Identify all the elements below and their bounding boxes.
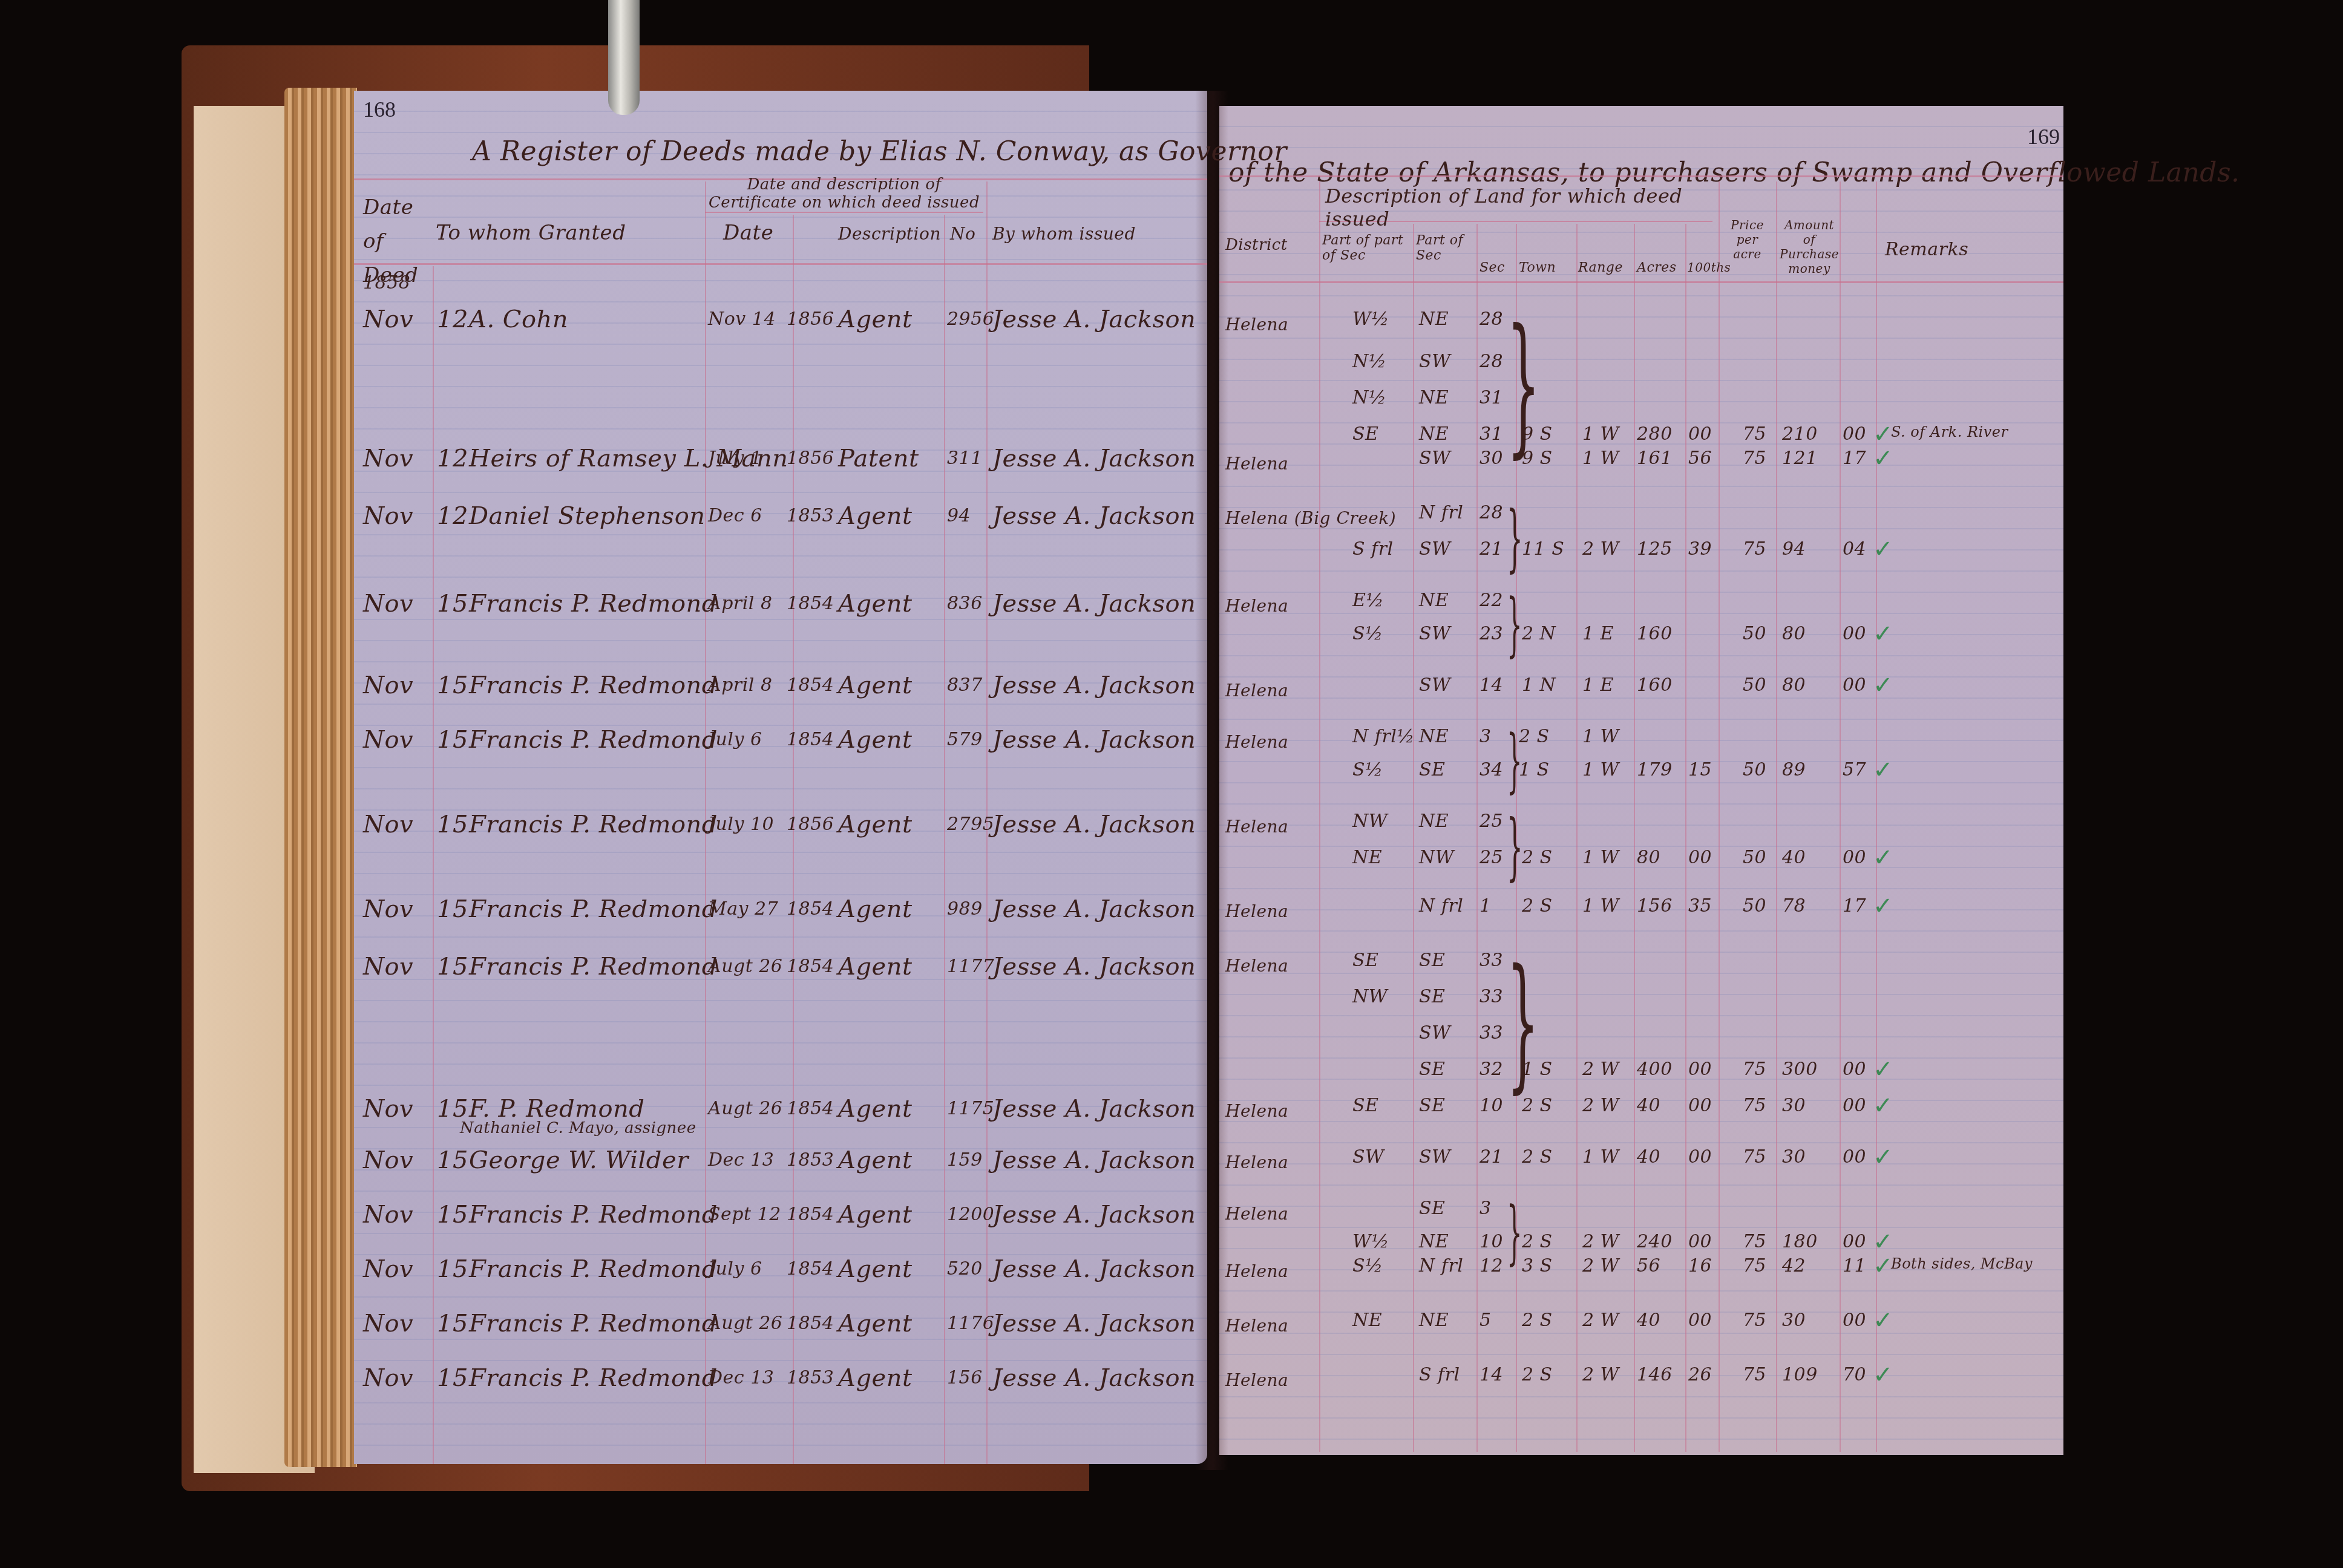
header-certificate-group: Date and description of Certificate on w… (708, 175, 980, 212)
section: 30 (1480, 448, 1503, 469)
cert-date: Sept 12 (708, 1204, 781, 1225)
part-of-part: SE (1352, 423, 1378, 445)
amount-cents: 17 (1843, 895, 1866, 916)
part-of-sec: NE (1419, 726, 1449, 747)
acres-hundredths: 00 (1688, 1095, 1712, 1116)
part-of-sec: NE (1419, 811, 1449, 832)
cert-date: Dec 13 (708, 1149, 774, 1171)
page-edges (284, 88, 357, 1467)
header-district: District (1225, 236, 1288, 254)
acres-hundredths: 00 (1688, 1146, 1712, 1168)
acres: 40 (1637, 1310, 1660, 1331)
cert-date: Augt 26 (708, 956, 782, 977)
col-rule (1413, 224, 1414, 1452)
cert-date: Augt 26 (708, 1098, 782, 1119)
cert-number: 579 (947, 729, 983, 750)
cert-description: Patent (838, 445, 919, 472)
cert-number: 836 (947, 593, 983, 614)
year-marker: 1858 (363, 272, 410, 293)
part-of-sec: SE (1419, 759, 1445, 780)
price-per-acre: 75 (1743, 1310, 1766, 1331)
district: Helena (1225, 1370, 1288, 1390)
part-of-sec: NE (1419, 1231, 1449, 1252)
col-rule (1719, 181, 1720, 1452)
header-date: Date (723, 221, 773, 245)
part-of-sec: N frl (1419, 895, 1463, 916)
price-per-acre: 75 (1743, 423, 1766, 445)
acres: 160 (1637, 623, 1673, 644)
cert-description: Agent (838, 1255, 913, 1283)
section: 33 (1480, 950, 1503, 971)
header-land-group: Description of Land for which deed issue… (1325, 185, 1712, 230)
section: 25 (1480, 811, 1503, 832)
check-icon: ✓ (1873, 1056, 1893, 1083)
cert-description: Agent (838, 502, 913, 530)
issued-by: Jesse A. Jackson (992, 1310, 1196, 1338)
price-per-acre: 75 (1743, 538, 1766, 560)
acres-hundredths: 00 (1688, 1310, 1712, 1331)
price-per-acre: 50 (1743, 623, 1766, 644)
cert-number: 1176 (947, 1313, 994, 1334)
part-of-sec: SW (1419, 623, 1450, 644)
header-remarks: Remarks (1885, 239, 1968, 260)
acres: 400 (1637, 1059, 1673, 1080)
price-per-acre: 75 (1743, 1231, 1766, 1252)
deed-day: 15 (437, 811, 468, 838)
cert-description: Agent (838, 1095, 913, 1123)
deed-day: 15 (437, 895, 468, 923)
acres-hundredths: 39 (1688, 538, 1712, 560)
deed-month: Nov (363, 1201, 413, 1229)
brace-icon: } (1507, 590, 1522, 659)
part-of-sec: SE (1419, 1198, 1445, 1219)
section: 10 (1480, 1095, 1503, 1116)
issued-by: Jesse A. Jackson (992, 1201, 1196, 1229)
amount-dollars: 30 (1782, 1095, 1806, 1116)
deed-month: Nov (363, 811, 413, 838)
cert-date: April 8 (708, 675, 773, 696)
part-of-sec: SW (1419, 1146, 1450, 1168)
header-part-of-part: Part of part of Sec (1322, 233, 1410, 263)
header-acres: Acres (1637, 260, 1677, 275)
deed-day: 12 (437, 305, 468, 333)
grantee-name: Francis P. Redmond (469, 1364, 718, 1392)
range: 2 W (1582, 1095, 1619, 1116)
issued-by: Jesse A. Jackson (992, 305, 1196, 333)
district: Helena (1225, 1261, 1288, 1281)
amount-dollars: 78 (1782, 895, 1806, 916)
header-price-per-acre: Price per acre (1722, 218, 1773, 261)
cert-description: Agent (838, 1201, 913, 1229)
acres-hundredths: 26 (1688, 1364, 1712, 1385)
header-hundredths: 100ths (1687, 260, 1731, 275)
acres-hundredths: 00 (1688, 1231, 1712, 1252)
range: 1 W (1582, 423, 1619, 445)
deed-month: Nov (363, 1255, 413, 1283)
cert-year: 1854 (787, 1313, 834, 1334)
township: 9 S (1522, 448, 1553, 469)
amount-dollars: 80 (1782, 675, 1806, 696)
issued-by: Jesse A. Jackson (992, 953, 1196, 981)
right-page-number: 169 (2027, 124, 2060, 149)
col-rule (1634, 224, 1635, 1452)
acres: 240 (1637, 1231, 1673, 1252)
check-icon: ✓ (1873, 671, 1893, 699)
part-of-sec: SE (1419, 950, 1445, 971)
cert-description: Agent (838, 1310, 913, 1338)
amount-dollars: 180 (1782, 1231, 1818, 1252)
part-of-part: N½ (1352, 351, 1386, 372)
cert-date: Dec 13 (708, 1367, 774, 1388)
price-per-acre: 75 (1743, 1059, 1766, 1080)
part-of-part: N frl½ (1352, 726, 1415, 747)
brace-icon: } (1507, 726, 1522, 795)
amount-dollars: 89 (1782, 759, 1806, 780)
deed-month: Nov (363, 1310, 413, 1338)
township: 9 S (1522, 423, 1553, 445)
cert-year: 1853 (787, 1149, 834, 1171)
acres: 40 (1637, 1146, 1660, 1168)
cert-number: 1175 (947, 1098, 994, 1119)
section: 22 (1480, 590, 1503, 611)
amount-dollars: 210 (1782, 423, 1818, 445)
grantee-name: Francis P. Redmond (469, 895, 718, 923)
range: 1 W (1582, 726, 1619, 747)
deed-month: Nov (363, 502, 413, 530)
header-part-of-sec: Part of Sec (1416, 233, 1473, 263)
township: 2 S (1522, 1146, 1553, 1168)
price-per-acre: 50 (1743, 675, 1766, 696)
acres-hundredths: 00 (1688, 1059, 1712, 1080)
cert-year: 1854 (787, 729, 834, 750)
cert-description: Agent (838, 811, 913, 838)
grantee-name: Daniel Stephenson (469, 502, 705, 530)
col-rule (1776, 181, 1777, 1452)
district: Helena (1225, 1204, 1288, 1224)
township: 2 S (1522, 847, 1553, 868)
metal-clip (608, 0, 640, 115)
deed-day: 15 (437, 1201, 468, 1229)
check-icon: ✓ (1873, 892, 1893, 920)
check-icon: ✓ (1873, 1307, 1893, 1334)
brace-icon: } (1507, 811, 1523, 883)
acres-hundredths: 16 (1688, 1255, 1712, 1276)
part-of-sec: NE (1419, 590, 1449, 611)
deed-month: Nov (363, 305, 413, 333)
acres: 156 (1637, 895, 1673, 916)
cert-year: 1853 (787, 505, 834, 526)
cert-year: 1854 (787, 675, 834, 696)
part-of-sec: NW (1419, 847, 1454, 868)
check-icon: ✓ (1873, 535, 1893, 563)
header-by-whom-issued: By whom issued (992, 224, 1136, 244)
amount-cents: 00 (1843, 1095, 1866, 1116)
header-to-whom-granted: To whom Granted (436, 221, 626, 245)
check-icon: ✓ (1873, 620, 1893, 648)
remarks: S. of Ark. River (1891, 423, 2008, 440)
section: 1 (1480, 895, 1492, 916)
part-of-part: NW (1352, 986, 1388, 1007)
cert-year: 1856 (787, 814, 834, 835)
ledger-title-left: A Register of Deeds made by Elias N. Con… (472, 136, 1287, 167)
cert-date: Nov 14 (708, 309, 776, 330)
amount-dollars: 94 (1782, 538, 1806, 560)
part-of-part: E½ (1352, 590, 1384, 611)
grantee-name: Francis P. Redmond (469, 590, 718, 618)
deed-day: 15 (437, 1310, 468, 1338)
amount-cents: 00 (1843, 1310, 1866, 1331)
header-number: No (950, 224, 975, 244)
deed-day: 15 (437, 1364, 468, 1392)
section: 3 (1480, 726, 1492, 747)
header-sec: Sec (1480, 260, 1505, 275)
part-of-sec: N frl (1419, 1255, 1463, 1276)
section: 14 (1480, 675, 1503, 696)
ledger-title-right: of the State of Arkansas, to purchasers … (1228, 157, 2240, 188)
section: 28 (1480, 309, 1503, 330)
check-icon: ✓ (1873, 445, 1893, 472)
check-icon: ✓ (1873, 844, 1893, 872)
part-of-sec: NE (1419, 1310, 1449, 1331)
district: Helena (Big Creek) (1225, 508, 1396, 528)
amount-dollars: 109 (1782, 1364, 1818, 1385)
cert-description: Agent (838, 671, 913, 699)
part-of-part: NE (1352, 847, 1382, 868)
amount-dollars: 30 (1782, 1310, 1806, 1331)
part-of-sec: SW (1419, 1022, 1450, 1044)
section: 33 (1480, 986, 1503, 1007)
cert-year: 1854 (787, 593, 834, 614)
part-of-part: W½ (1352, 1231, 1389, 1252)
deed-day: 15 (437, 726, 468, 754)
part-of-part: NW (1352, 811, 1388, 832)
brace-icon: } (1507, 502, 1523, 575)
issued-by: Jesse A. Jackson (992, 590, 1196, 618)
district: Helena (1225, 1152, 1288, 1172)
range: 1 W (1582, 759, 1619, 780)
cert-number: 2956 (947, 309, 994, 330)
section: 25 (1480, 847, 1503, 868)
left-page-number: 168 (363, 97, 396, 122)
deed-day: 15 (437, 671, 468, 699)
issued-by: Jesse A. Jackson (992, 1255, 1196, 1283)
section: 28 (1480, 502, 1503, 523)
part-of-part: SE (1352, 950, 1378, 971)
part-of-sec: SW (1419, 448, 1450, 469)
acres: 280 (1637, 423, 1673, 445)
part-of-part: SE (1352, 1095, 1378, 1116)
part-of-sec: S frl (1419, 1364, 1460, 1385)
township: 2 S (1522, 1095, 1553, 1116)
amount-cents: 00 (1843, 1146, 1866, 1168)
acres: 179 (1637, 759, 1673, 780)
deed-month: Nov (363, 726, 413, 754)
acres: 161 (1637, 448, 1673, 469)
grantee-name: Francis P. Redmond (469, 726, 718, 754)
cert-number: 311 (947, 448, 983, 469)
cert-year: 1853 (787, 1367, 834, 1388)
cert-date: July 6 (708, 1258, 762, 1279)
issued-by: Jesse A. Jackson (992, 502, 1196, 530)
grantee-name: Francis P. Redmond (469, 1255, 718, 1283)
acres-hundredths: 00 (1688, 847, 1712, 868)
cert-number: 159 (947, 1149, 983, 1171)
section: 12 (1480, 1255, 1503, 1276)
district: Helena (1225, 315, 1288, 335)
section: 3 (1480, 1198, 1492, 1219)
grantee-name: George W. Wilder (469, 1146, 689, 1174)
header-amount: Amount of Purchase money (1779, 218, 1840, 276)
township: 2 S (1522, 1231, 1553, 1252)
price-per-acre: 75 (1743, 448, 1766, 469)
township: 11 S (1522, 538, 1564, 560)
cert-description: Agent (838, 590, 913, 618)
amount-cents: 17 (1843, 448, 1866, 469)
part-of-part: S½ (1352, 759, 1383, 780)
section: 32 (1480, 1059, 1503, 1080)
cert-date: Dec 6 (708, 505, 762, 526)
cert-number: 94 (947, 505, 971, 526)
price-per-acre: 50 (1743, 759, 1766, 780)
col-rule (944, 215, 945, 1464)
acres-hundredths: 56 (1688, 448, 1712, 469)
part-of-part: NE (1352, 1310, 1382, 1331)
cert-date: May 27 (708, 898, 778, 920)
deed-day: 15 (437, 953, 468, 981)
amount-cents: 70 (1843, 1364, 1866, 1385)
header-rule-top-right (1219, 175, 2063, 177)
part-of-sec: SW (1419, 538, 1450, 560)
part-of-sec: N frl (1419, 502, 1463, 523)
col-rule (1576, 224, 1578, 1452)
part-of-part: S½ (1352, 623, 1383, 644)
cert-date: Augt 26 (708, 1313, 782, 1334)
district: Helena (1225, 596, 1288, 616)
township: 2 S (1522, 1310, 1553, 1331)
cert-description: Agent (838, 1146, 913, 1174)
col-rule (1319, 181, 1320, 1452)
part-of-sec: SW (1419, 351, 1450, 372)
cert-year: 1854 (787, 1204, 834, 1225)
cert-description: Agent (838, 953, 913, 981)
cert-year: 1854 (787, 956, 834, 977)
part-of-sec: SW (1419, 675, 1450, 696)
grantee-name: Francis P. Redmond (469, 811, 718, 838)
cert-description: Agent (838, 895, 913, 923)
check-icon: ✓ (1873, 1252, 1893, 1280)
section: 23 (1480, 623, 1503, 644)
check-icon: ✓ (1873, 1092, 1893, 1120)
brace-icon: } (1507, 1198, 1522, 1267)
header-town: Town (1519, 260, 1556, 275)
cert-description: Agent (838, 305, 913, 333)
book-gutter (1195, 91, 1228, 1470)
price-per-acre: 75 (1743, 1255, 1766, 1276)
col-rule (1476, 224, 1478, 1452)
district: Helena (1225, 681, 1288, 701)
township: 2 N (1522, 623, 1556, 644)
deed-month: Nov (363, 445, 413, 472)
part-of-sec: SE (1419, 986, 1445, 1007)
range: 1 E (1582, 623, 1614, 644)
col-rule (1840, 181, 1841, 1452)
cert-description: Agent (838, 1364, 913, 1392)
cert-year: 1856 (787, 309, 834, 330)
cert-date: July 10 (708, 814, 774, 835)
grantee-name: A. Cohn (469, 305, 568, 333)
cert-year: 1856 (787, 448, 834, 469)
amount-cents: 00 (1843, 1059, 1866, 1080)
part-of-part: SW (1352, 1146, 1384, 1168)
price-per-acre: 50 (1743, 895, 1766, 916)
district: Helena (1225, 956, 1288, 976)
amount-cents: 57 (1843, 759, 1866, 780)
amount-cents: 00 (1843, 423, 1866, 445)
col-rule (1685, 224, 1686, 1452)
section: 31 (1480, 387, 1503, 408)
issued-by: Jesse A. Jackson (992, 445, 1196, 472)
township: 1 S (1519, 759, 1550, 780)
deed-month: Nov (363, 895, 413, 923)
amount-cents: 00 (1843, 623, 1866, 644)
amount-dollars: 80 (1782, 623, 1806, 644)
amount-cents: 04 (1843, 538, 1866, 560)
part-of-part: S frl (1352, 538, 1394, 560)
district: Helena (1225, 1101, 1288, 1121)
cert-year: 1854 (787, 898, 834, 920)
issued-by: Jesse A. Jackson (992, 1364, 1196, 1392)
issued-by: Jesse A. Jackson (992, 671, 1196, 699)
cert-number: 2795 (947, 814, 994, 835)
deed-day: 15 (437, 1255, 468, 1283)
range: 1 E (1582, 675, 1614, 696)
section: 33 (1480, 1022, 1503, 1044)
remarks: Both sides, McBay (1891, 1255, 2033, 1272)
issued-by: Jesse A. Jackson (992, 726, 1196, 754)
district: Helena (1225, 732, 1288, 752)
acres: 80 (1637, 847, 1660, 868)
acres: 160 (1637, 675, 1673, 696)
range: 2 W (1582, 1059, 1619, 1080)
deed-day: 15 (437, 1146, 468, 1174)
deed-day: 12 (437, 502, 468, 530)
issued-by: Jesse A. Jackson (992, 1146, 1196, 1174)
cert-date: July 1 (708, 448, 762, 469)
cert-date: July 6 (708, 729, 762, 750)
part-of-part: W½ (1352, 309, 1389, 330)
grantee-note: Nathaniel C. Mayo, assignee (460, 1119, 696, 1137)
range: 2 W (1582, 1310, 1619, 1331)
section: 28 (1480, 351, 1503, 372)
cert-group-rule (705, 212, 983, 213)
township: 2 S (1522, 895, 1553, 916)
district: Helena (1225, 901, 1288, 921)
cert-year: 1854 (787, 1258, 834, 1279)
issued-by: Jesse A. Jackson (992, 811, 1196, 838)
check-icon: ✓ (1873, 1361, 1893, 1389)
grantee-name: Francis P. Redmond (469, 1310, 718, 1338)
check-icon: ✓ (1873, 1143, 1893, 1171)
deed-month: Nov (363, 671, 413, 699)
ruled-lines (1219, 106, 2063, 1455)
section: 31 (1480, 423, 1503, 445)
cert-number: 1177 (947, 956, 994, 977)
cert-number: 156 (947, 1367, 983, 1388)
township: 2 S (1519, 726, 1550, 747)
cert-number: 520 (947, 1258, 983, 1279)
cert-date: April 8 (708, 593, 773, 614)
cert-number: 1200 (947, 1204, 994, 1225)
